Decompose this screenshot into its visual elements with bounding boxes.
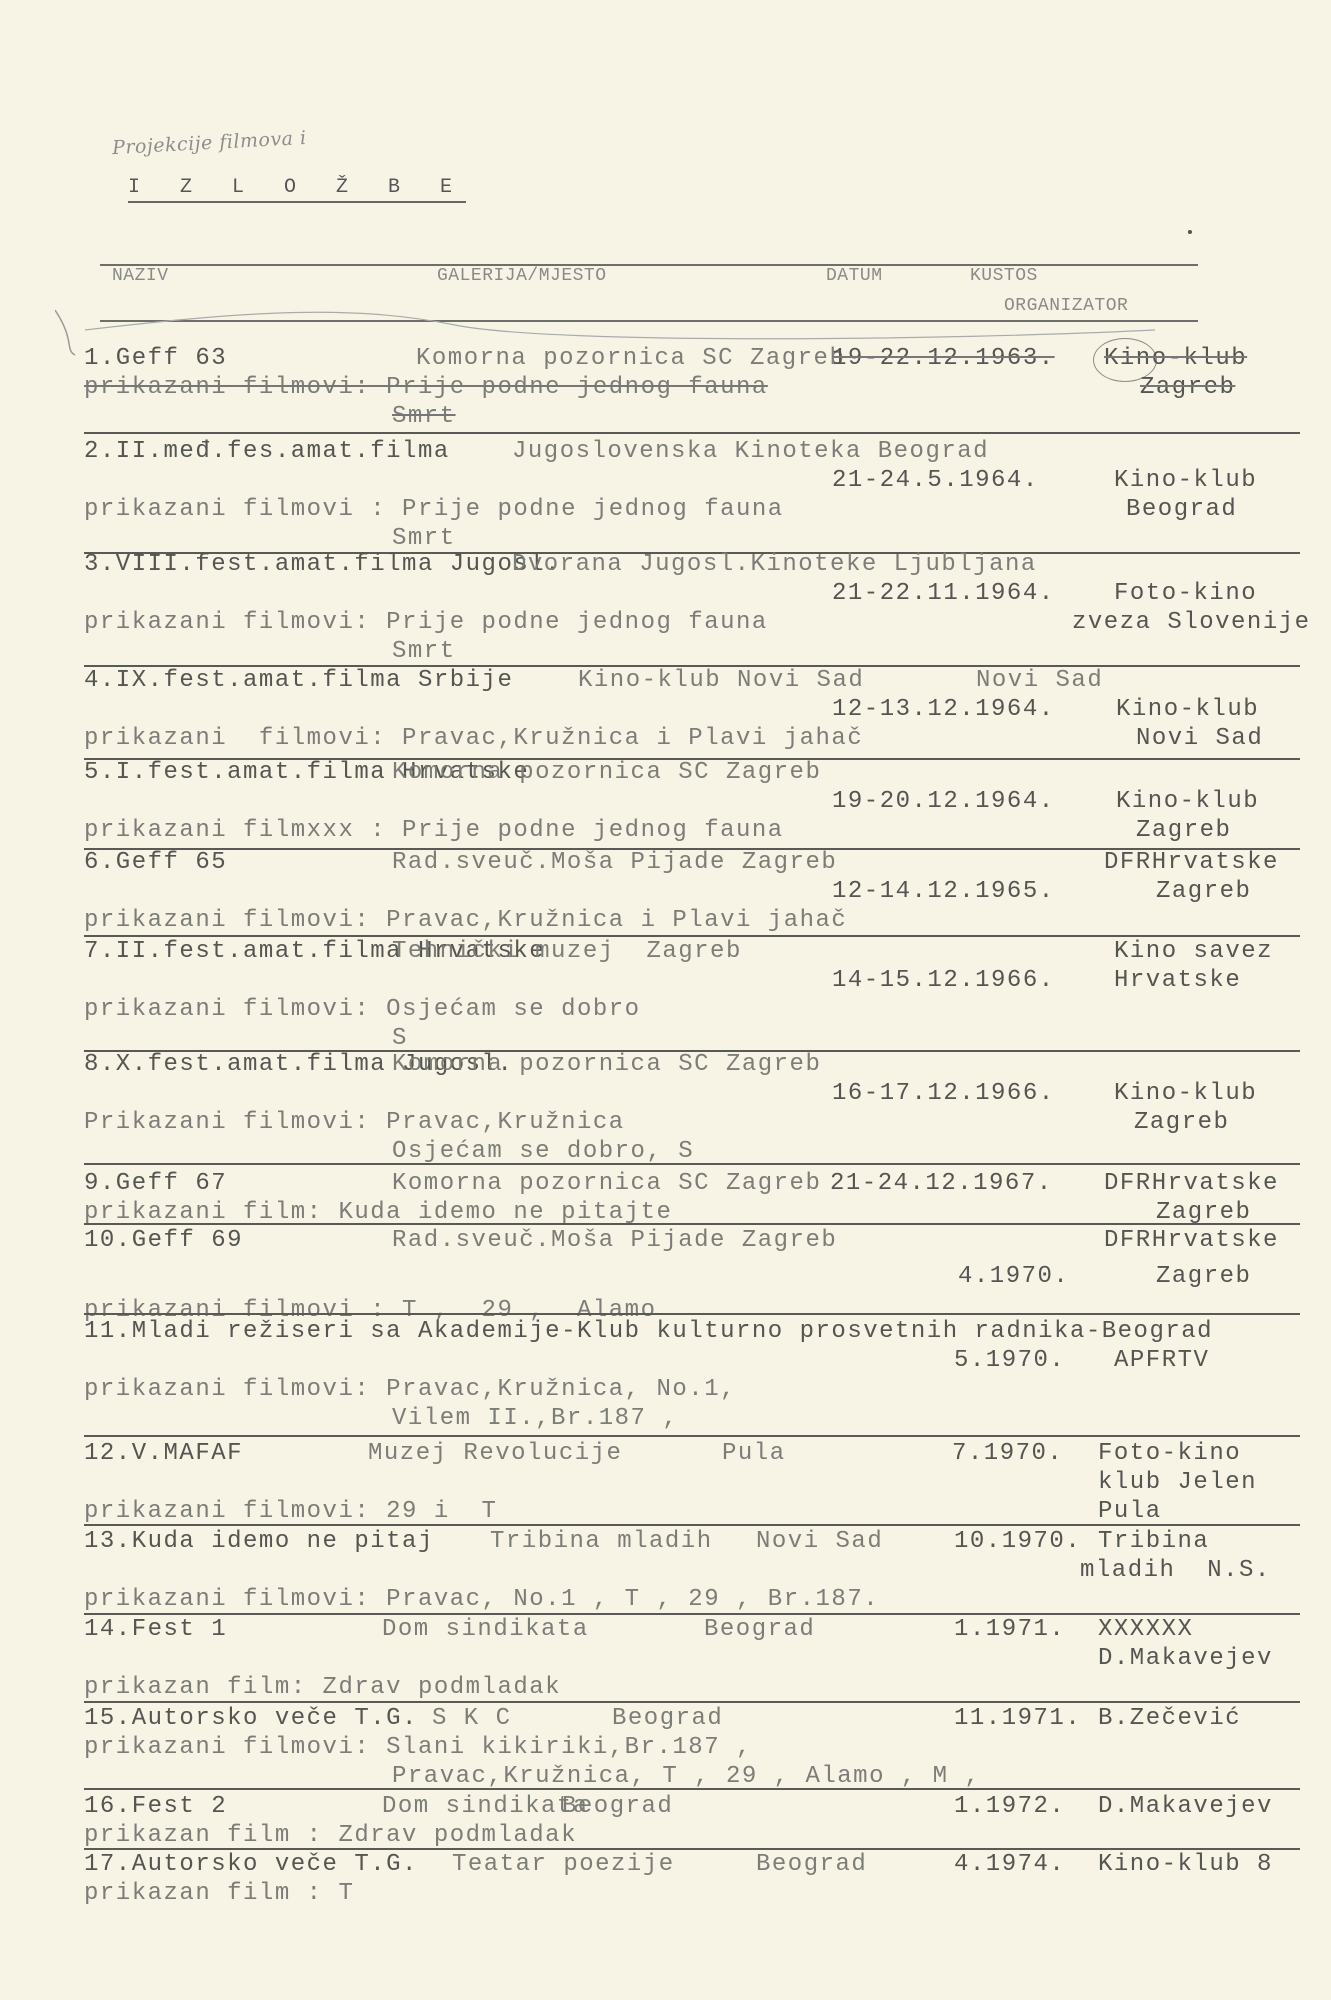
entry-city: Novi Sad bbox=[756, 1530, 883, 1554]
entry-films: prikazani filmovi: Slani kikiriki,Br.187… bbox=[84, 1736, 752, 1760]
entry-title: 3.VIII.fest.amat.filma Jugosl. bbox=[84, 553, 561, 577]
entry-venue: Komorna pozornica SC Zagreb bbox=[392, 1053, 821, 1077]
row-divider bbox=[84, 935, 1300, 937]
entry-organizer: DFRHrvatske bbox=[1104, 851, 1279, 875]
entry-films: prikazani filmovi: Prije podne jednog fa… bbox=[84, 376, 768, 400]
entry-organizer: D.Makavejev bbox=[1098, 1795, 1273, 1819]
entry-venue: Dvorana Jugosl.Kinoteke Ljubljana bbox=[512, 553, 1037, 577]
entry-organizer: Kino-klub bbox=[1104, 347, 1247, 371]
entry-organizer-line2: mladih N.S. bbox=[1080, 1559, 1271, 1583]
entry-title: 6.Geff 65 bbox=[84, 851, 227, 875]
row-divider bbox=[84, 1223, 1300, 1225]
entry-organizer-line2: Zagreb bbox=[1156, 1201, 1251, 1225]
entry-city: Beograd bbox=[704, 1618, 815, 1642]
row-divider bbox=[84, 1313, 1300, 1315]
entry-organizer-line2: D.Makavejev bbox=[1098, 1647, 1273, 1671]
document-page: Projekcije filmova i I Z L O Ž B E NAZIV… bbox=[0, 0, 1331, 2000]
entry-films: prikazan film : T bbox=[84, 1882, 354, 1906]
entry-organizer-line2: Zagreb bbox=[1134, 1111, 1229, 1135]
row-divider bbox=[84, 432, 1300, 434]
entry-title: 13.Kuda idemo ne pitaj bbox=[84, 1530, 434, 1554]
entry-organizer: XXXXXX bbox=[1098, 1618, 1193, 1642]
entry-films-continued: Smrt bbox=[392, 405, 456, 429]
header-galerija: GALERIJA/MJESTO bbox=[437, 266, 607, 286]
entry-organizer-line3: Pula bbox=[1098, 1500, 1162, 1524]
entry-films-continued: S bbox=[392, 1027, 408, 1051]
entry-date: 12-13.12.1964. bbox=[832, 698, 1055, 722]
entry-city: Beograd bbox=[756, 1853, 867, 1877]
entry-venue: Rad.sveuč.Moša Pijade Zagreb bbox=[392, 1229, 837, 1253]
entry-films-continued: Osjećam se dobro, S bbox=[392, 1140, 694, 1164]
header-naziv: NAZIV bbox=[112, 266, 169, 286]
row-divider bbox=[84, 1524, 1300, 1526]
entry-organizer: Kino savez bbox=[1114, 940, 1273, 964]
entry-venue: Tribina mladih bbox=[490, 1530, 713, 1554]
row-divider bbox=[84, 1613, 1300, 1615]
entry-venue: Dom sindikata bbox=[382, 1795, 589, 1819]
entry-films: prikazani filmovi: Osjećam se dobro bbox=[84, 998, 641, 1022]
header-kustos: KUSTOS bbox=[970, 266, 1038, 286]
row-divider bbox=[84, 1435, 1300, 1437]
entry-date: 12-14.12.1965. bbox=[832, 880, 1055, 904]
entry-organizer-line2: Zagreb bbox=[1156, 1265, 1251, 1289]
row-divider bbox=[84, 1848, 1300, 1850]
entry-title: 10.Geff 69 bbox=[84, 1229, 243, 1253]
entry-films-continued: Pravac,Kružnica, T , 29 , Alamo , M , bbox=[392, 1765, 980, 1789]
entry-organizer: Kino-klub 8 bbox=[1098, 1853, 1273, 1877]
entry-date: 11.1971. bbox=[954, 1707, 1081, 1731]
entry-organizer-line2: Novi Sad bbox=[1136, 727, 1263, 751]
entry-venue: Tehnički muzej Zagreb bbox=[392, 940, 742, 964]
entry-organizer: B.Zečević bbox=[1098, 1707, 1241, 1731]
entry-date: 4.1970. bbox=[958, 1265, 1069, 1289]
entry-city: Beograd bbox=[612, 1707, 723, 1731]
entry-organizer: Foto-kino bbox=[1114, 582, 1257, 606]
entry-date: 19-22.12.1963. bbox=[832, 347, 1055, 371]
entry-organizer: DFRHrvatske bbox=[1104, 1229, 1279, 1253]
entry-title: 11.Mladi režiseri sa Akademije-Klub kult… bbox=[84, 1320, 1213, 1344]
entry-date: 21-22.11.1964. bbox=[832, 582, 1055, 606]
entry-venue: Komorna pozornica SC Zagreb bbox=[392, 761, 821, 785]
entry-venue: Jugoslovenska Kinoteka Beograd bbox=[512, 440, 989, 464]
entry-organizer: Kino-klub bbox=[1114, 469, 1257, 493]
entry-venue: Komorna pozornica SC Zagreb bbox=[392, 1172, 821, 1196]
row-divider bbox=[84, 1788, 1300, 1790]
entry-title: 14.Fest 1 bbox=[84, 1618, 227, 1642]
entry-city: Novi Sad bbox=[976, 669, 1103, 693]
entry-organizer: Foto-kino bbox=[1098, 1442, 1241, 1466]
entry-venue: Kino-klub Novi Sad bbox=[578, 669, 864, 693]
entry-organizer-line2: Zagreb bbox=[1156, 880, 1251, 904]
entry-organizer-line2: Beograd bbox=[1126, 498, 1237, 522]
entry-venue: Rad.sveuč.Moša Pijade Zagreb bbox=[392, 851, 837, 875]
entry-title: 15.Autorsko veče T.G. bbox=[84, 1707, 418, 1731]
entry-date: 7.1970. bbox=[952, 1442, 1063, 1466]
entry-films: prikazani filmxxx : Prije podne jednog f… bbox=[84, 819, 784, 843]
entry-title: 2.II.međ.fes.amat.filma bbox=[84, 440, 450, 464]
entry-films: prikazan film : Zdrav podmladak bbox=[84, 1824, 577, 1848]
entry-organizer-line2: zveza Slovenije bbox=[1072, 611, 1311, 635]
entry-date: 19-20.12.1964. bbox=[832, 790, 1055, 814]
entry-films-continued: Vilem II.,Br.187 , bbox=[392, 1407, 678, 1431]
entry-organizer: Kino-klub bbox=[1114, 1082, 1257, 1106]
entry-organizer: APFRTV bbox=[1114, 1349, 1209, 1373]
entry-organizer: Kino-klub bbox=[1116, 698, 1259, 722]
entry-date: 5.1970. bbox=[954, 1349, 1065, 1373]
entry-films: prikazan film: Zdrav podmladak bbox=[84, 1676, 561, 1700]
row-divider bbox=[84, 1701, 1300, 1703]
entry-date: 14-15.12.1966. bbox=[832, 969, 1055, 993]
entry-organizer: Kino-klub bbox=[1116, 790, 1259, 814]
entry-films: prikazani film: Kuda idemo ne pitajte bbox=[84, 1201, 672, 1225]
entry-films: prikazani filmovi: 29 i T bbox=[84, 1500, 497, 1524]
entry-venue: Komorna pozornica SC Zagreb bbox=[416, 347, 845, 371]
entry-venue: Teatar poezije bbox=[452, 1853, 675, 1877]
entry-organizer: DFRHrvatske bbox=[1104, 1172, 1279, 1196]
entry-title: 12.V.MAFAF bbox=[84, 1442, 243, 1466]
entry-organizer-line2: Zagreb bbox=[1140, 376, 1235, 400]
entry-date: 16-17.12.1966. bbox=[832, 1082, 1055, 1106]
entry-title: 17.Autorsko veče T.G. bbox=[84, 1853, 418, 1877]
entry-title: 16.Fest 2 bbox=[84, 1795, 227, 1819]
entry-title: 1.Geff 63 bbox=[84, 347, 227, 371]
handwritten-note: Projekcije filmova i bbox=[112, 127, 308, 159]
entry-venue: S K C bbox=[432, 1707, 512, 1731]
entry-organizer-line2: Zagreb bbox=[1136, 819, 1231, 843]
entry-films: prikazani filmovi: Pravac,Kružnica i Pla… bbox=[84, 727, 863, 751]
entry-films: prikazani filmovi: Pravac, No.1 , T , 29… bbox=[84, 1588, 879, 1612]
entry-films-continued: Smrt bbox=[392, 640, 456, 664]
entry-date: 1.1972. bbox=[954, 1795, 1065, 1819]
entry-title: 9.Geff 67 bbox=[84, 1172, 227, 1196]
entry-date: 1.1971. bbox=[954, 1618, 1065, 1642]
ink-dot bbox=[1188, 230, 1192, 234]
entry-organizer-line2: Hrvatske bbox=[1114, 969, 1241, 993]
entry-date: 21-24.5.1964. bbox=[832, 469, 1039, 493]
entry-films: prikazani filmovi: Pravac,Kružnica, No.1… bbox=[84, 1378, 736, 1402]
entry-city: Beograd bbox=[562, 1795, 673, 1819]
entry-venue: Dom sindikata bbox=[382, 1618, 589, 1642]
entry-films: prikazani filmovi: Pravac,Kružnica i Pla… bbox=[84, 909, 847, 933]
entry-date: 21-24.12.1967. bbox=[830, 1172, 1053, 1196]
entry-films: prikazani filmovi : Prije podne jednog f… bbox=[84, 498, 784, 522]
row-divider bbox=[84, 1163, 1300, 1165]
entry-venue: Muzej Revolucije bbox=[368, 1442, 622, 1466]
entry-title: 4.IX.fest.amat.filma Srbije bbox=[84, 669, 513, 693]
entry-organizer-line2: klub Jelen bbox=[1098, 1471, 1257, 1495]
entry-date: 4.1974. bbox=[954, 1853, 1065, 1877]
entry-films-continued: Smrt bbox=[392, 527, 456, 551]
entry-city: Pula bbox=[722, 1442, 786, 1466]
entry-date: 10.1970. bbox=[954, 1530, 1081, 1554]
header-datum: DATUM bbox=[826, 266, 883, 286]
entry-films: Prikazani filmovi: Pravac,Kružnica bbox=[84, 1111, 625, 1135]
entry-organizer: Tribina bbox=[1098, 1530, 1209, 1554]
document-title: I Z L O Ž B E bbox=[128, 176, 466, 203]
entry-films: prikazani filmovi: Prije podne jednog fa… bbox=[84, 611, 768, 635]
